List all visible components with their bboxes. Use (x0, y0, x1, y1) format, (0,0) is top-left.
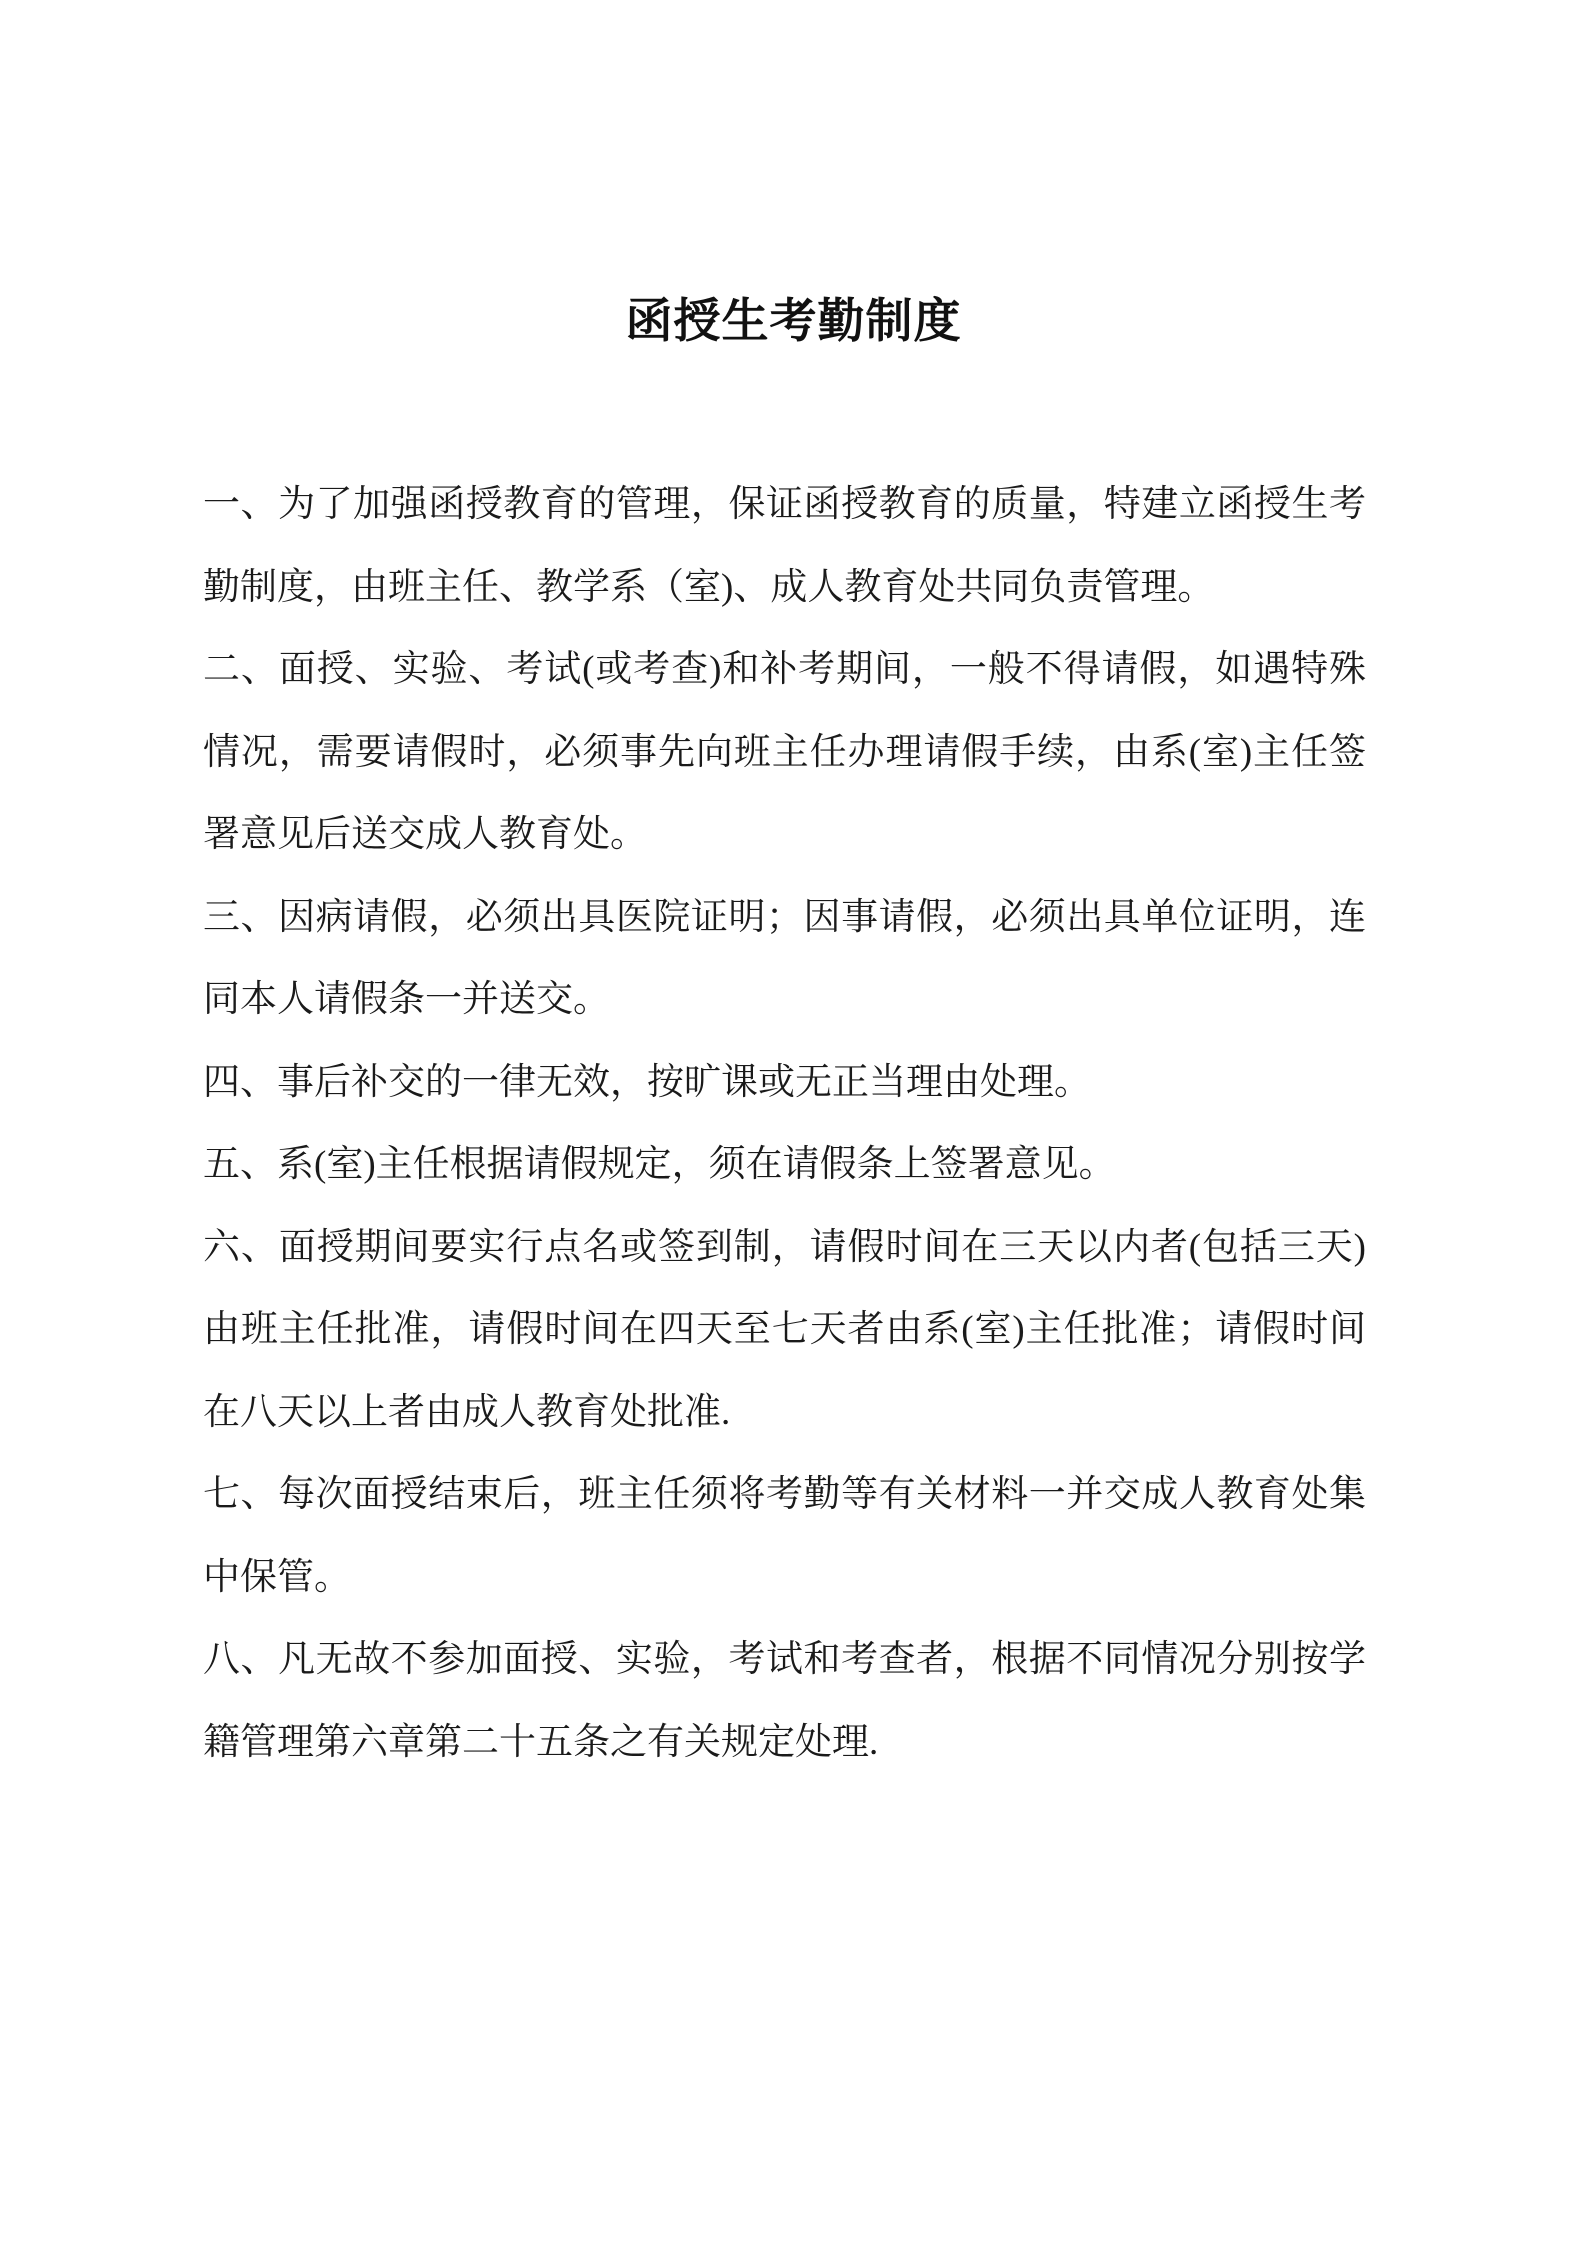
text-line: 在八天以上者由成人教育处批准. (203, 1372, 1366, 1455)
document-title: 函授生考勤制度 (0, 0, 1587, 357)
paragraph: 三、因病请假，必须出具医院证明；因事请假，必须出具单位证明，连同本人请假条一并送… (203, 877, 1366, 1042)
text-line: 八、凡无故不参加面授、实验，考试和考查者，根据不同情况分别按学 (203, 1619, 1366, 1702)
text-line: 七、每次面授结束后，班主任须将考勤等有关材料一并交成人教育处集 (203, 1454, 1366, 1537)
text-line: 三、因病请假，必须出具医院证明；因事请假，必须出具单位证明，连 (203, 877, 1366, 960)
text-line: 六、面授期间要实行点名或签到制，请假时间在三天以内者(包括三天) (203, 1207, 1366, 1290)
text-line: 五、系(室)主任根据请假规定，须在请假条上签署意见。 (203, 1124, 1366, 1207)
paragraph: 二、面授、实验、考试(或考查)和补考期间，一般不得请假，如遇特殊情况，需要请假时… (203, 629, 1366, 877)
text-line: 四、事后补交的一律无效，按旷课或无正当理由处理。 (203, 1042, 1366, 1125)
paragraph: 四、事后补交的一律无效，按旷课或无正当理由处理。 (203, 1042, 1366, 1125)
paragraph: 七、每次面授结束后，班主任须将考勤等有关材料一并交成人教育处集中保管。 (203, 1454, 1366, 1619)
text-line: 二、面授、实验、考试(或考查)和补考期间，一般不得请假，如遇特殊 (203, 629, 1366, 712)
text-line: 署意见后送交成人教育处。 (203, 794, 1366, 877)
text-line: 籍管理第六章第二十五条之有关规定处理. (203, 1702, 1366, 1785)
text-line: 一、为了加强函授教育的管理，保证函授教育的质量，特建立函授生考 (203, 464, 1366, 547)
paragraph: 一、为了加强函授教育的管理，保证函授教育的质量，特建立函授生考勤制度，由班主任、… (203, 464, 1366, 629)
text-line: 情况，需要请假时，必须事先向班主任办理请假手续，由系(室)主任签 (203, 712, 1366, 795)
text-line: 由班主任批准，请假时间在四天至七天者由系(室)主任批准；请假时间 (203, 1289, 1366, 1372)
text-line: 中保管。 (203, 1537, 1366, 1620)
paragraph: 八、凡无故不参加面授、实验，考试和考查者，根据不同情况分别按学籍管理第六章第二十… (203, 1619, 1366, 1784)
paragraph: 五、系(室)主任根据请假规定，须在请假条上签署意见。 (203, 1124, 1366, 1207)
document-body: 一、为了加强函授教育的管理，保证函授教育的质量，特建立函授生考勤制度，由班主任、… (203, 464, 1366, 1784)
text-line: 同本人请假条一并送交。 (203, 959, 1366, 1042)
text-line: 勤制度，由班主任、教学系（室)、成人教育处共同负责管理。 (203, 547, 1366, 630)
paragraph: 六、面授期间要实行点名或签到制，请假时间在三天以内者(包括三天)由班主任批准，请… (203, 1207, 1366, 1455)
document-page: 函授生考勤制度 一、为了加强函授教育的管理，保证函授教育的质量，特建立函授生考勤… (0, 0, 1587, 2245)
